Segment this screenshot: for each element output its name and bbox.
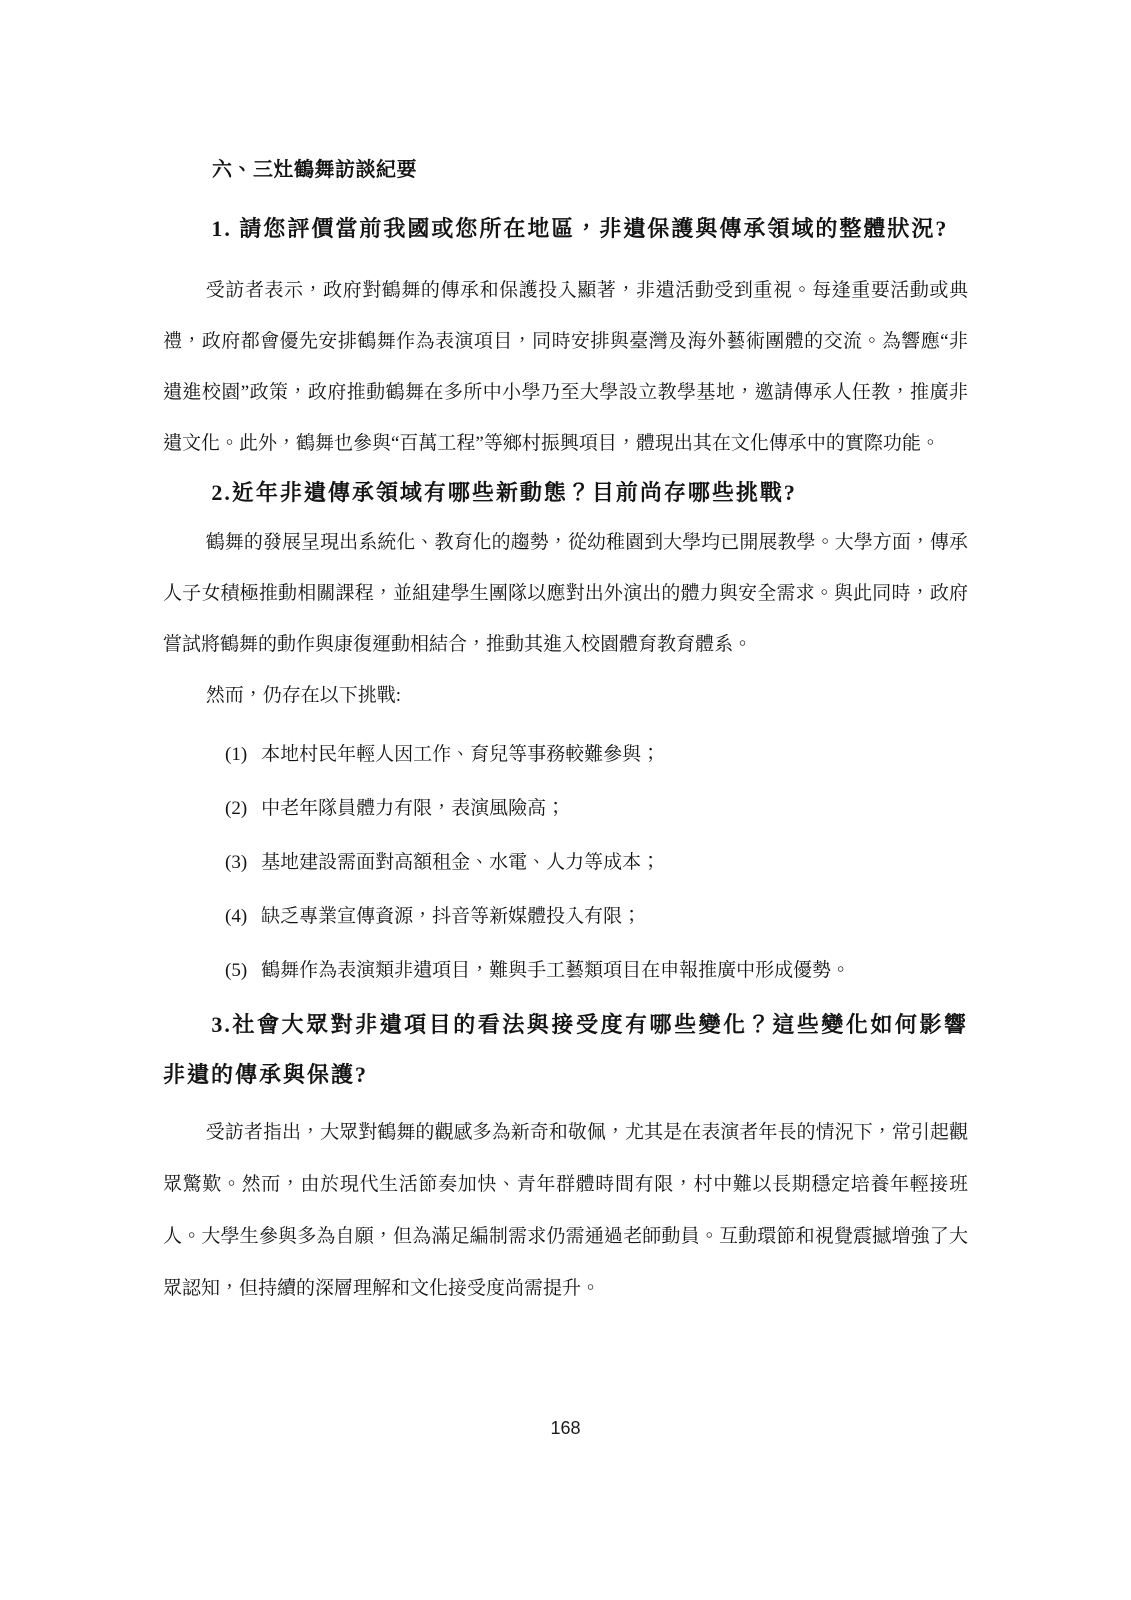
section-heading: 六、三灶鶴舞訪談紀要 — [212, 156, 968, 184]
answer-paragraph-3: 受訪者指出，大眾對鶴舞的觀感多為新奇和敬佩，尤其是在表演者年長的情況下，常引起觀… — [163, 1107, 968, 1315]
challenge-item-text: 本地村民年輕人因工作、育兒等事務較難參與； — [261, 744, 660, 765]
question-heading-1: 1. 請您評價當前我國或您所在地區，非遺保護與傳承領域的整體狀況? — [163, 212, 968, 245]
challenge-item-label: (2) — [225, 782, 247, 836]
challenge-item-text: 基地建設需面對高額租金、水電、人力等成本； — [261, 852, 660, 873]
challenge-item-label: (5) — [225, 944, 247, 998]
question-heading-2: 2.近年非遺傳承領域有哪些新動態？目前尚存哪些挑戰? — [163, 476, 968, 509]
question-heading-3: 3.社會大眾對非遺項目的看法與接受度有哪些變化？這些變化如何影響非遺的傳承與保護… — [163, 1000, 968, 1100]
challenge-item: (2)中老年隊員體力有限，表演風險高； — [225, 782, 968, 836]
challenge-item: (5)鶴舞作為表演類非遺項目，難與手工藝類項目在申報推廣中形成優勢。 — [225, 944, 968, 998]
challenge-item: (3)基地建設需面對高額租金、水電、人力等成本； — [225, 836, 968, 890]
challenge-item-label: (4) — [225, 890, 247, 944]
document-page: 六、三灶鶴舞訪談紀要 1. 請您評價當前我國或您所在地區，非遺保護與傳承領域的整… — [0, 0, 1131, 1600]
challenge-item-text: 鶴舞作為表演類非遺項目，難與手工藝類項目在申報推廣中形成優勢。 — [261, 960, 850, 981]
challenge-item-text: 缺乏專業宣傳資源，抖音等新媒體投入有限； — [261, 906, 641, 927]
challenge-item: (4)缺乏專業宣傳資源，抖音等新媒體投入有限； — [225, 890, 968, 944]
answer-paragraph-1: 受訪者表示，政府對鶴舞的傳承和保護投入顯著，非遺活動受到重視。每逢重要活動或典禮… — [163, 265, 968, 469]
answer-paragraph-2: 鶴舞的發展呈現出系統化、教育化的趨勢，從幼稚園到大學均已開展教學。大學方面，傳承… — [163, 517, 968, 670]
challenge-list: (1)本地村民年輕人因工作、育兒等事務較難參與； (2)中老年隊員體力有限，表演… — [163, 728, 968, 998]
challenge-item-text: 中老年隊員體力有限，表演風險高； — [261, 798, 565, 819]
challenges-lead-in: 然而，仍存在以下挑戰: — [163, 670, 968, 721]
challenge-item: (1)本地村民年輕人因工作、育兒等事務較難參與； — [225, 728, 968, 782]
page-number: 168 — [0, 1415, 1131, 1441]
challenge-item-label: (1) — [225, 728, 247, 782]
challenge-item-label: (3) — [225, 836, 247, 890]
